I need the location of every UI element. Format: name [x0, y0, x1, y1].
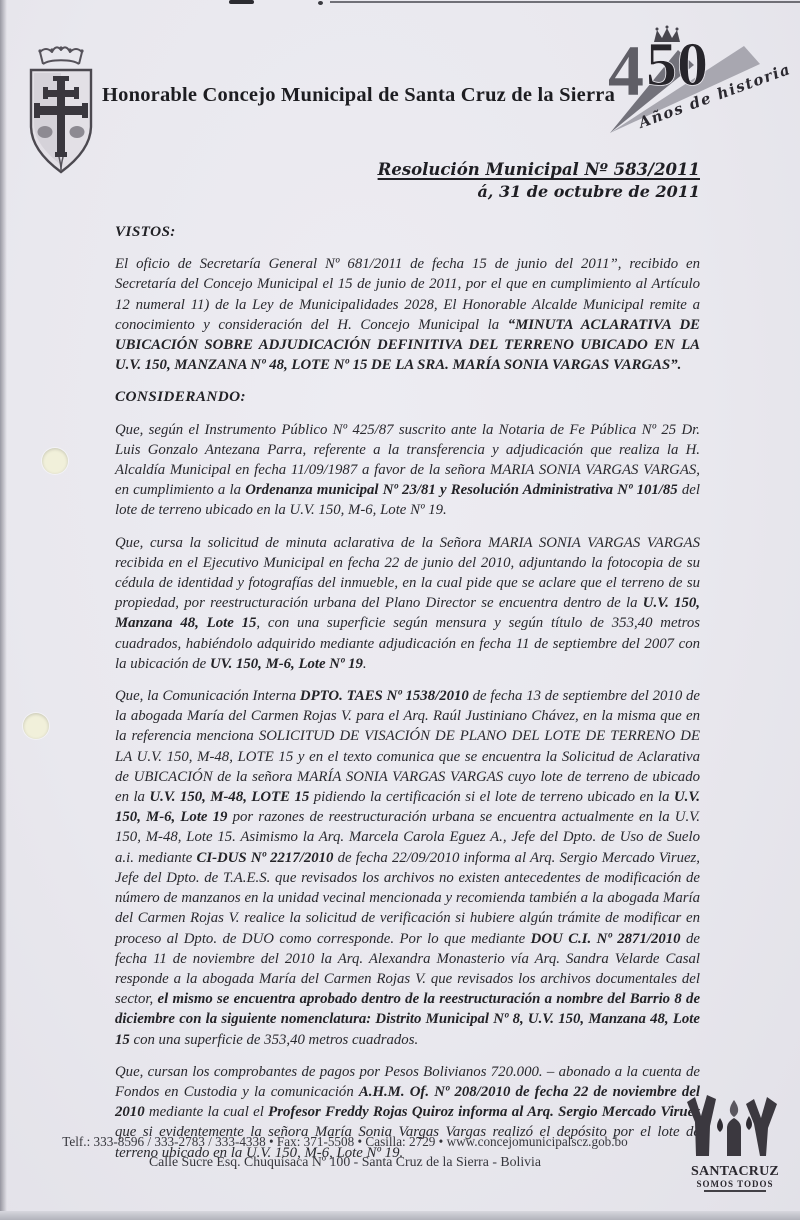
considerando-paragraph-2: Que, cursa la solicitud de minuta aclara… — [115, 533, 700, 674]
anniversary-450-logo: 4 50 Años de historia — [594, 20, 798, 144]
organization-title: Honorable Concejo Municipal de Santa Cru… — [102, 84, 615, 107]
scan-artifact-dot — [318, 1, 323, 5]
logo-450-digit-4: 4 — [608, 31, 644, 111]
scan-artifact-bar — [229, 0, 254, 4]
scan-artifact-line — [330, 1, 800, 3]
crown-icon — [654, 26, 680, 43]
coat-of-arms-icon — [26, 44, 96, 180]
resolution-date: á, 31 de octubre de 2011 — [378, 182, 700, 201]
raised-hands-icon — [687, 1095, 777, 1156]
footer-contact-line: Telf.: 333-8596 / 333-2783 / 333-4338 • … — [30, 1132, 660, 1152]
punch-hole — [23, 713, 49, 739]
logo-santacruz-name: SANTACRUZ — [691, 1164, 779, 1179]
vistos-heading: VISTOS: — [115, 222, 700, 242]
page-left-edge-shadow — [0, 0, 7, 1220]
considerando-paragraph-1: Que, según el Instrumento Público Nº 425… — [115, 420, 700, 521]
document-body: VISTOS: El oficio de Secretaría General … — [115, 222, 700, 1175]
footer-contact: Telf.: 333-8596 / 333-2783 / 333-4338 • … — [30, 1132, 660, 1172]
document-page: Honorable Concejo Municipal de Santa Cru… — [0, 0, 800, 1220]
footer-address-line: Calle Sucre Esq. Chuquisaca Nº 100 - San… — [30, 1152, 660, 1172]
resolution-number: Resolución Municipal Nº 583/2011 — [378, 160, 700, 179]
santacruz-somos-todos-logo: SANTACRUZ SOMOS TODOS — [682, 1092, 788, 1198]
considerando-heading: CONSIDERANDO: — [115, 387, 700, 407]
vistos-paragraph: El oficio de Secretaría General Nº 681/2… — [115, 254, 700, 375]
punch-hole — [42, 448, 68, 474]
logo-santacruz-slogan: SOMOS TODOS — [697, 1179, 774, 1189]
resolution-heading-block: Resolución Municipal Nº 583/2011 á, 31 d… — [378, 160, 700, 201]
considerando-paragraph-3: Que, la Comunicación Interna DPTO. TAES … — [115, 686, 700, 1050]
page-bottom-edge-shadow — [0, 1211, 800, 1220]
